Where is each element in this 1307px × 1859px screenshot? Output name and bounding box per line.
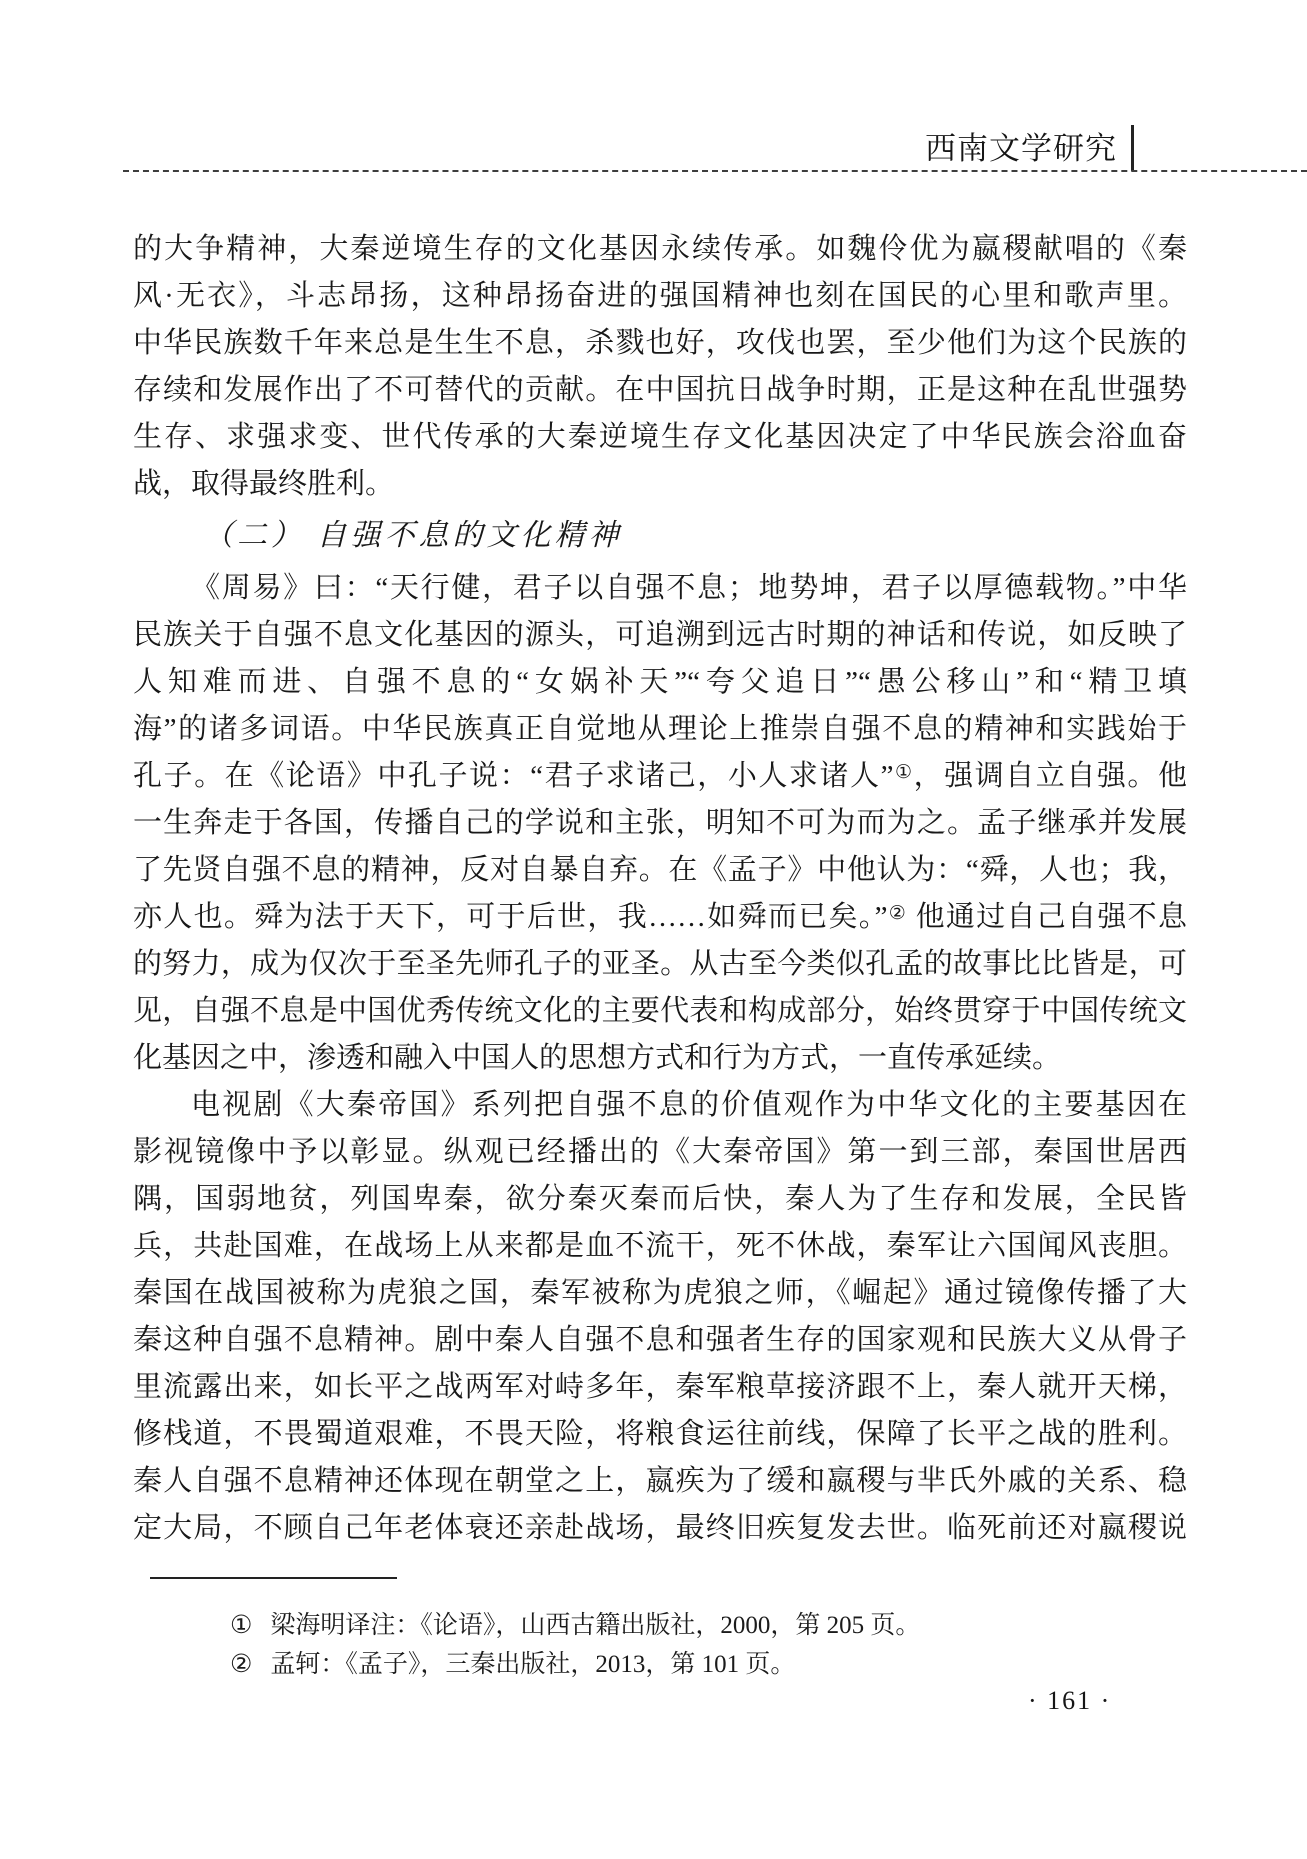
page-number: · 161 · xyxy=(1028,1686,1111,1716)
footnote-marker: ② xyxy=(230,1651,252,1678)
text-line: 一生奔走于各国，传播自己的学说和主张，明知不可为而为之。孟子继承并发展 xyxy=(133,800,1187,847)
text-line: 电视剧《大秦帝国》系列把自强不息的价值观作为中华文化的主要基因在 xyxy=(133,1082,1187,1129)
text-line: 影视镜像中予以彰显。纵观已经播出的《大秦帝国》第一到三部，秦国世居西 xyxy=(133,1129,1187,1176)
journal-running-title: 西南文学研究 xyxy=(925,129,1117,169)
text-line: 战，取得最终胜利。 xyxy=(133,461,1187,508)
text-line: 化基因之中，渗透和融入中国人的思想方式和行为方式，一直传承延续。 xyxy=(133,1035,1187,1082)
text-line: 了先贤自强不息的精神，反对自暴自弃。在《孟子》中他认为：“舜，人也；我， xyxy=(133,847,1187,894)
text-line: 孔子。在《论语》中孔子说：“君子求诸己，小人求诸人”①，强调自立自强。他 xyxy=(133,753,1187,800)
paragraph-daqindiguo: 电视剧《大秦帝国》系列把自强不息的价值观作为中华文化的主要基因在影视镜像中予以彰… xyxy=(133,1082,1187,1552)
header-dashed-rule xyxy=(123,170,1307,172)
text-line: 亦人也。舜为法于天下，可于后世，我……如舜而已矣。”② 他通过自己自强不息 xyxy=(133,894,1187,941)
text-line: 秦这种自强不息精神。剧中秦人自强不息和强者生存的国家观和民族大义从骨子 xyxy=(133,1317,1187,1364)
header-divider-bar xyxy=(1131,125,1134,171)
footnotes: ①梁海明译注：《论语》，山西古籍出版社，2000，第 205 页。②孟轲：《孟子… xyxy=(133,1606,1187,1684)
text-line: 秦国在战国被称为虎狼之国，秦军被称为虎狼之师，《崛起》通过镜像传播了大 xyxy=(133,1270,1187,1317)
text-line: 风·无衣》，斗志昂扬，这种昂扬奋进的强国精神也刻在国民的心里和歌声里。 xyxy=(133,273,1187,320)
text-line: 修栈道，不畏蜀道艰难，不畏天险，将粮食运往前线，保障了长平之战的胜利。 xyxy=(133,1411,1187,1458)
footnote-text: 梁海明译注：《论语》，山西古籍出版社，2000，第 205 页。 xyxy=(270,1612,920,1639)
paragraph-zhouyi: 《周易》曰：“天行健，君子以自强不息；地势坤，君子以厚德载物。”中华民族关于自强… xyxy=(133,565,1187,1082)
document-page: 西南文学研究 的大争精神，大秦逆境生存的文化基因永续传承。如魏伶优为嬴稷献唱的《… xyxy=(0,0,1307,1859)
text-line: 生存、求强求变、世代传承的大秦逆境生存文化基因决定了中华民族会浴血奋 xyxy=(133,414,1187,461)
text-line: 民族关于自强不息文化基因的源头，可追溯到远古时期的神话和传说，如反映了 xyxy=(133,612,1187,659)
paragraph-continuation: 的大争精神，大秦逆境生存的文化基因永续传承。如魏伶优为嬴稷献唱的《秦风·无衣》，… xyxy=(133,226,1187,508)
text-line: 的努力，成为仅次于至圣先师孔子的亚圣。从古至今类似孔孟的故事比比皆是，可 xyxy=(133,941,1187,988)
text-line: 《周易》曰：“天行健，君子以自强不息；地势坤，君子以厚德载物。”中华 xyxy=(133,565,1187,612)
text-line: 的大争精神，大秦逆境生存的文化基因永续传承。如魏伶优为嬴稷献唱的《秦 xyxy=(133,226,1187,273)
text-line: 隅，国弱地贫，列国卑秦，欲分秦灭秦而后快，秦人为了生存和发展，全民皆 xyxy=(133,1176,1187,1223)
footnote-reference: ② xyxy=(887,903,907,924)
text-line: 存续和发展作出了不可替代的贡献。在中国抗日战争时期，正是这种在乱世强势 xyxy=(133,367,1187,414)
text-line: （二） 自强不息的文化精神 xyxy=(133,512,1187,559)
text-line: 兵，共赴国难，在战场上从来都是血不流干，死不休战，秦军让六国闻风丧胆。 xyxy=(133,1223,1187,1270)
body-text: 的大争精神，大秦逆境生存的文化基因永续传承。如魏伶优为嬴稷献唱的《秦风·无衣》，… xyxy=(133,226,1187,1552)
footnote: ①梁海明译注：《论语》，山西古籍出版社，2000，第 205 页。 xyxy=(133,1606,1187,1645)
footnote-text: 孟轲：《孟子》，三秦出版社，2013，第 101 页。 xyxy=(270,1651,795,1678)
text-line: 中华民族数千年来总是生生不息，杀戮也好，攻伐也罢，至少他们为这个民族的 xyxy=(133,320,1187,367)
section-heading: （二） 自强不息的文化精神 xyxy=(133,512,1187,559)
text-line: 见，自强不息是中国优秀传统文化的主要代表和构成部分，始终贯穿于中国传统文 xyxy=(133,988,1187,1035)
text-line: 人知难而进、自强不息的“女娲补天”“夸父追日”“愚公移山”和“精卫填 xyxy=(133,659,1187,706)
footnote-separator-rule xyxy=(150,1577,397,1579)
footnote-reference: ① xyxy=(893,762,913,783)
footnote: ②孟轲：《孟子》，三秦出版社，2013，第 101 页。 xyxy=(133,1645,1187,1684)
footnote-marker: ① xyxy=(230,1612,252,1639)
text-line: 秦人自强不息精神还体现在朝堂之上，嬴疾为了缓和嬴稷与芈氏外戚的关系、稳 xyxy=(133,1458,1187,1505)
text-line: 定大局，不顾自己年老体衰还亲赴战场，最终旧疾复发去世。临死前还对嬴稷说 xyxy=(133,1505,1187,1552)
text-line: 里流露出来，如长平之战两军对峙多年，秦军粮草接济跟不上，秦人就开天梯， xyxy=(133,1364,1187,1411)
text-line: 海”的诸多词语。中华民族真正自觉地从理论上推崇自强不息的精神和实践始于 xyxy=(133,706,1187,753)
